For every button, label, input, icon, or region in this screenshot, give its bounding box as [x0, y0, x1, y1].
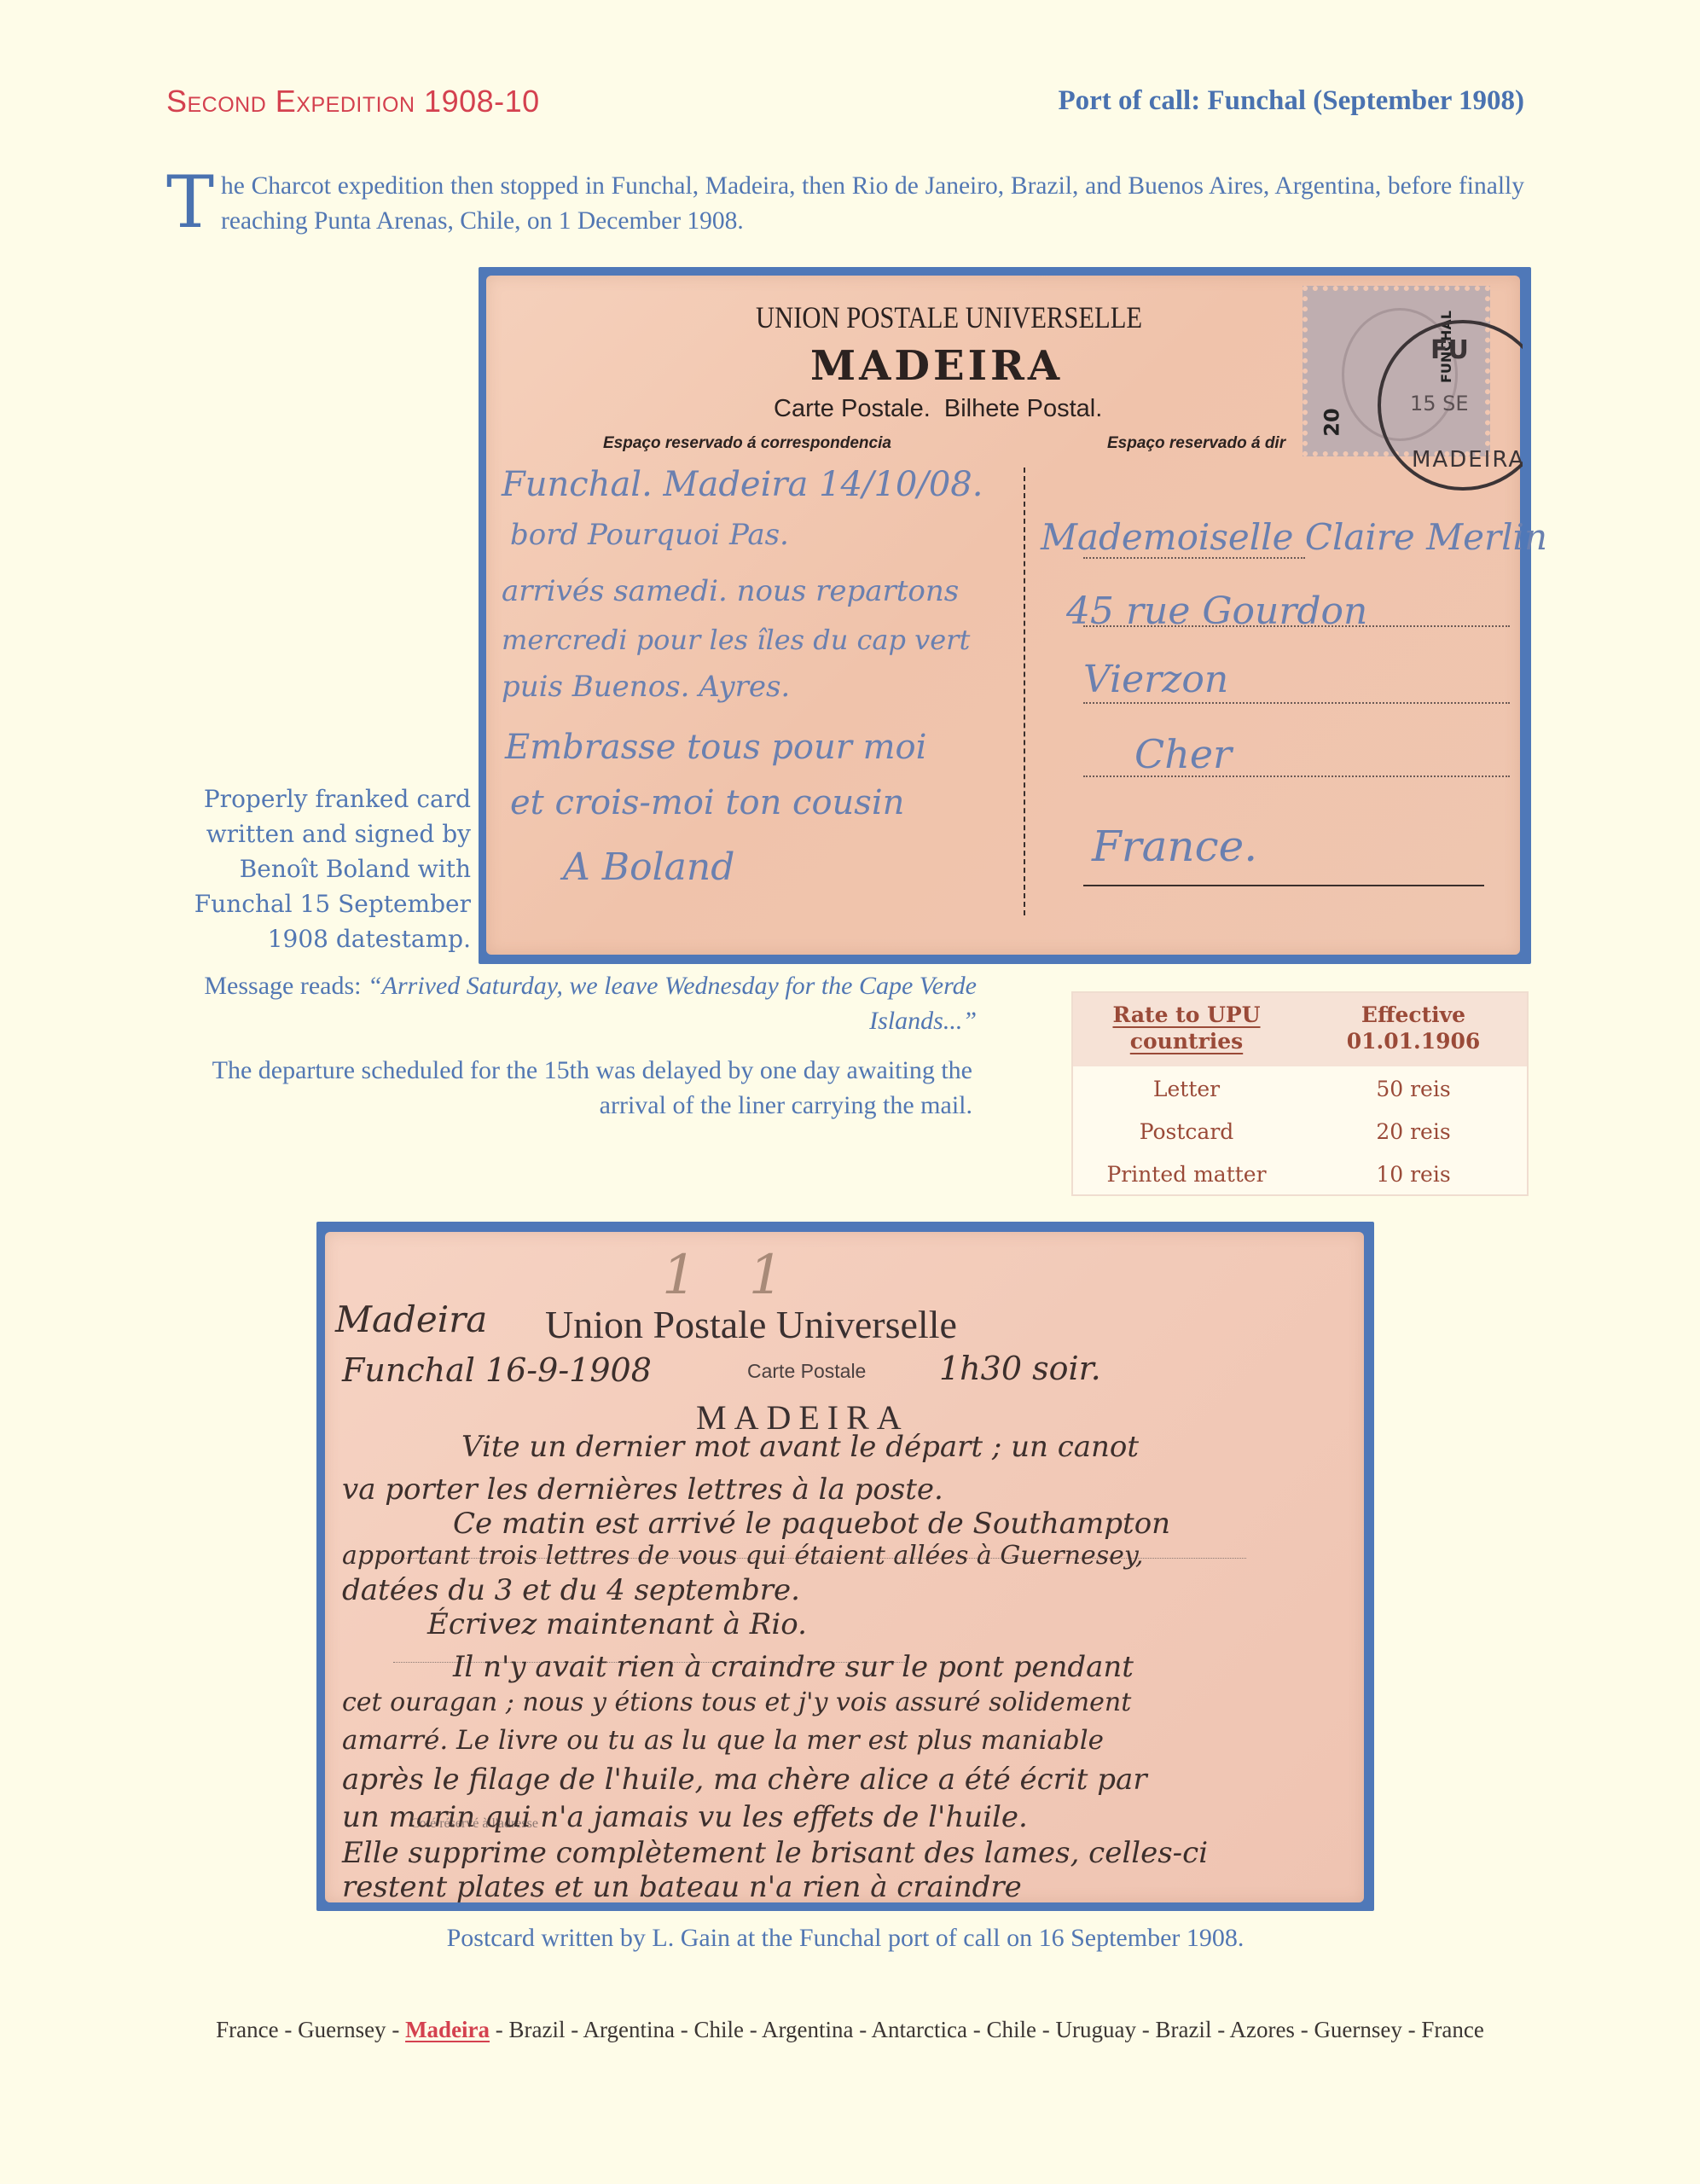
postcard1-message-line: mercredi pour les îles du cap vert [502, 624, 970, 656]
route-stop: Uruguay [1055, 2017, 1135, 2042]
rate-value: 10 reis [1300, 1153, 1527, 1196]
route-stop: Azores [1229, 2017, 1294, 2042]
route-separator: - [744, 2017, 762, 2042]
route-stop: Argentina [762, 2017, 853, 2042]
section-title: Second Expedition 1908-10 [166, 84, 540, 119]
route-stop: Guernsey [298, 2017, 386, 2042]
route-separator: - [967, 2017, 987, 2042]
route-stop: Chile [986, 2017, 1036, 2042]
postcard1-message-line: Embrasse tous pour moi [505, 728, 926, 767]
route-stop: Argentina [583, 2017, 675, 2042]
route-stop: Brazil [1155, 2017, 1211, 2042]
postcard2-message-line: amarré. Le livre ou tu as lu que la mer … [342, 1725, 1104, 1756]
postcard1-message-line: Funchal. Madeira 14/10/08. [502, 465, 983, 504]
postcard2-carte-postale: Carte Postale [747, 1360, 866, 1383]
postcard2-message-line: Écrivez maintenant à Rio. [427, 1607, 807, 1641]
delay-note: The departure scheduled for the 15th was… [166, 1053, 972, 1123]
rate-value: 20 reis [1300, 1111, 1527, 1153]
route-stop: France [1421, 2017, 1483, 2042]
postcard1-address-line: Mademoiselle Claire Merlin [1041, 516, 1547, 558]
postcard2-message-line: va porter les dernières lettres à la pos… [342, 1472, 943, 1507]
postcard1-address-line: Cher [1134, 731, 1232, 777]
postcard2-message-line: apportant trois lettres de vous qui étai… [342, 1541, 1143, 1571]
route-separator: - [675, 2017, 694, 2042]
address-line [1083, 885, 1484, 886]
postcard1-divider [1024, 468, 1025, 915]
rate-type: Letter [1073, 1068, 1300, 1111]
message-prefix: Message reads: [204, 972, 368, 1000]
route-separator: - [279, 2017, 299, 2042]
address-line [1083, 702, 1510, 704]
postcard2-message-line: Il n'y avait rien à craindre sur le pont… [453, 1650, 1134, 1684]
route-separator: - [1402, 2017, 1422, 2042]
postcard2-madeira-hand: Madeira [335, 1298, 487, 1340]
table-row: Printed matter 10 reis [1073, 1153, 1527, 1196]
postcard1-carte-postale: Carte Postale. Bilhete Postal. [774, 395, 1102, 423]
route-separator: - [1295, 2017, 1314, 2042]
rate-value: 50 reis [1300, 1068, 1527, 1111]
postcard1-message-line: et crois-moi ton cousin [510, 783, 904, 822]
route-stop: Guernsey [1314, 2017, 1401, 2042]
route-separator: - [490, 2017, 509, 2042]
rate-table-header: Rate to UPU countries Effective 01.01.19… [1073, 993, 1527, 1066]
route-separator: - [1036, 2017, 1056, 2042]
route-separator: - [566, 2017, 583, 2042]
route-itinerary: France - Guernsey - Madeira - Brazil - A… [0, 2017, 1700, 2043]
postcard1-address-line: France. [1092, 822, 1257, 871]
route-separator: - [1136, 2017, 1156, 2042]
postcard1-left-label: Espaço reservado á correspondencia [603, 434, 891, 453]
rate-header-col2: Effective [1300, 1002, 1527, 1028]
postcard2-image: 1 1 Madeira Union Postale Universelle Fu… [325, 1232, 1364, 1902]
message-quote: “Arrived Saturday, we leave Wednesday fo… [368, 972, 977, 1035]
postmark-bottom: MADEIRA [1412, 447, 1525, 473]
route-stop: Madeira [405, 2017, 490, 2042]
postcard2-message-line: datées du 3 et du 4 septembre. [342, 1573, 800, 1607]
postcard1-madeira: MADEIRA [810, 342, 1063, 390]
rate-header-col2: 01.01.1906 [1300, 1028, 1527, 1054]
postcard1-address-line: 45 rue Gourdon [1066, 590, 1367, 633]
postcard1-upu-header: UNION POSTALE UNIVERSELLE [756, 299, 1142, 335]
postcard2-time: 1h30 soir. [939, 1350, 1101, 1387]
postmark-circle: FU 15 SE MADEIRA [1378, 320, 1548, 491]
postcard2-upu-header: Union Postale Universelle [545, 1302, 957, 1347]
postcard1-address-line: Vierzon [1083, 658, 1228, 701]
postcard2-frame: 1 1 Madeira Union Postale Universelle Fu… [316, 1222, 1374, 1911]
rate-type: Printed matter [1073, 1153, 1300, 1196]
drop-cap: T [166, 172, 214, 237]
message-translation: Message reads: “Arrived Saturday, we lea… [166, 968, 977, 1038]
route-stop: Chile [694, 2017, 745, 2042]
route-stop: Antarctica [872, 2017, 967, 2042]
page-title: Port of call: Funchal (September 1908) [1058, 85, 1524, 117]
postcard1-frame: UNION POSTALE UNIVERSELLE MADEIRA Carte … [479, 267, 1531, 964]
postcard1-right-label: Espaço reservado á dir [1107, 434, 1285, 453]
postcard2-message-line: cet ouragan ; nous y étions tous et j'y … [342, 1687, 1131, 1717]
postcard2-message-line: restent plates et un bateau n'a rien à c… [342, 1870, 1022, 1904]
intro-text: he Charcot expedition then stopped in Fu… [221, 172, 1524, 235]
table-row: Postcard 20 reis [1073, 1111, 1527, 1153]
postcard1-message-line: bord Pourquoi Pas. [510, 518, 789, 552]
rate-header-col1: Rate to UPU [1073, 1002, 1300, 1028]
rate-table: Rate to UPU countries Effective 01.01.19… [1071, 991, 1529, 1196]
table-row: Letter 50 reis [1073, 1068, 1527, 1111]
route-separator: - [386, 2017, 406, 2042]
intro-paragraph: The Charcot expedition then stopped in F… [166, 169, 1524, 239]
route-separator: - [854, 2017, 872, 2042]
postcard2-message-line: Elle supprime complètement le brisant de… [342, 1836, 1208, 1870]
postcard1-message-line: puis Buenos. Ayres. [502, 670, 790, 704]
rate-header-col1: countries [1073, 1028, 1300, 1054]
postcard1-signature: A Boland [563, 845, 734, 889]
postcard1-image: UNION POSTALE UNIVERSELLE MADEIRA Carte … [486, 276, 1520, 955]
postmark-date: 15 SE [1410, 392, 1469, 415]
postcard2-message-line: Ce matin est arrivé le paquebot de South… [453, 1507, 1170, 1541]
postcard2-caption: Postcard written by L. Gain at the Funch… [316, 1924, 1375, 1953]
postcard1-caption: Properly franked card written and signed… [154, 781, 471, 956]
route-stop: France [216, 2017, 278, 2042]
postcard2-message-line: Vite un dernier mot avant le départ ; un… [461, 1430, 1139, 1464]
postmark-top: FU [1430, 335, 1469, 365]
route-separator: - [1211, 2017, 1229, 2042]
stamp-value: 20 [1320, 408, 1344, 436]
rate-type: Postcard [1073, 1111, 1300, 1153]
postcard2-message-line: après le filage de l'huile, ma chère ali… [342, 1763, 1147, 1797]
route-stop: Brazil [509, 2017, 566, 2042]
postcard2-message-line: un marin qui n'a jamais vu les effets de… [342, 1800, 1028, 1834]
pencil-marks: 1 1 [662, 1244, 783, 1307]
postcard2-date-line: Funchal 16-9-1908 [342, 1351, 652, 1389]
postcard1-message-line: arrivés samedi. nous repartons [502, 574, 959, 608]
